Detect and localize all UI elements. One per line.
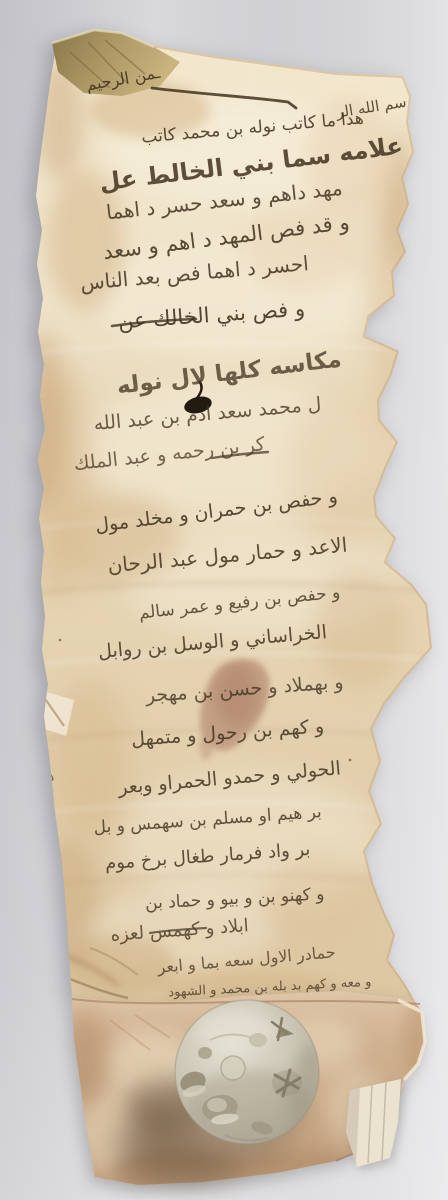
photo-of-manuscript: سم الله الر ـمن الرحيم هدا ما كاتب نوله … [0, 0, 448, 1200]
